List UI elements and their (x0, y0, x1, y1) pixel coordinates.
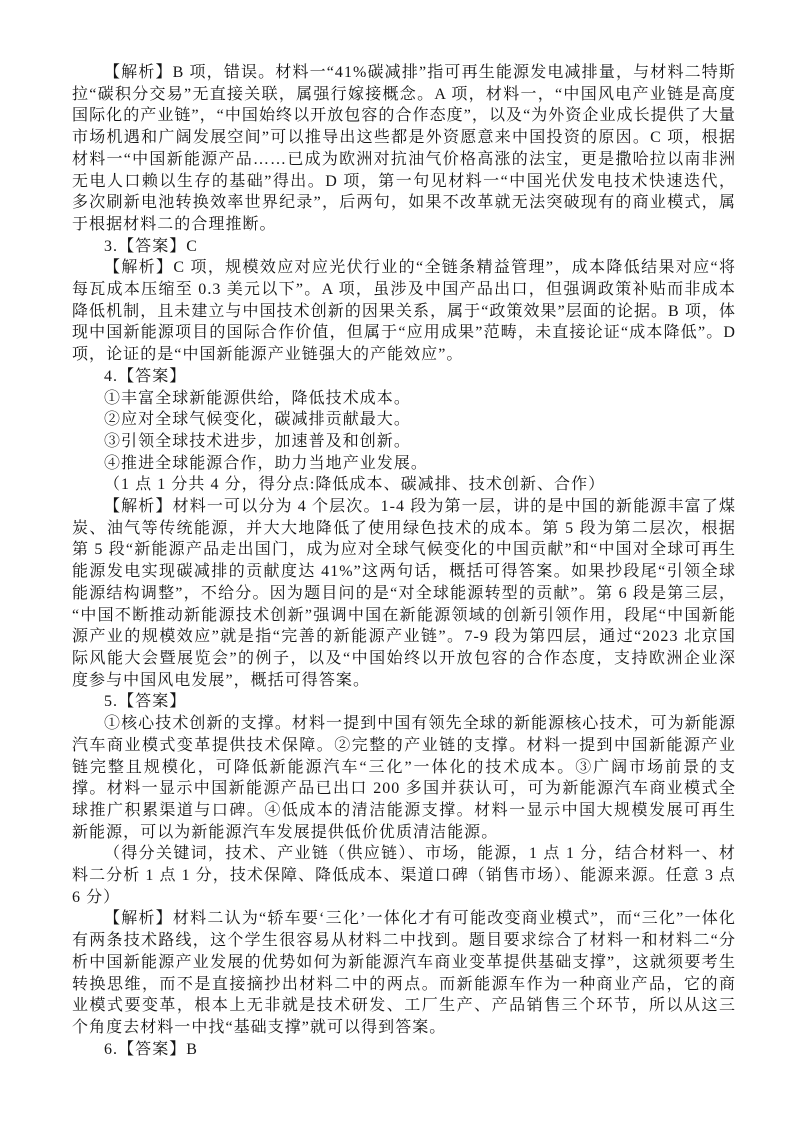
document-page: 【解析】B 项，错误。材料一“41%碳减排”指可再生能源发电减排量，与材料二特斯… (0, 0, 800, 1131)
answer-key-text-block: 【解析】B 项，错误。材料一“41%碳减排”指可再生能源发电减排量，与材料二特斯… (72, 62, 736, 1060)
answer-question-4-point-1: ①丰富全球新能源供给，降低技术成本。 (72, 388, 736, 410)
answer-question-4-point-2: ②应对全球气候变化，碳减排贡献最大。 (72, 409, 736, 431)
answer-question-5-heading: 5.【答案】 (72, 691, 736, 713)
answer-question-5-body: ①核心技术创新的支撑。材料一提到中国有领先全球的新能源核心技术，可为新能源汽车商… (72, 713, 736, 843)
analysis-question-3: 【解析】C 项，规模效应对应光伏行业的“全链条精益管理”，成本降低结果对应“将每… (72, 257, 736, 366)
answer-question-3: 3.【答案】C (72, 236, 736, 258)
answer-question-4-point-3: ③引领全球技术进步，加速普及和创新。 (72, 431, 736, 453)
analysis-question-2: 【解析】B 项，错误。材料一“41%碳减排”指可再生能源发电减排量，与材料二特斯… (72, 62, 736, 236)
analysis-question-5: 【解析】材料二认为“轿车要‘三化’一体化才有可能改变商业模式”，而“三化”一体化… (72, 908, 736, 1038)
answer-question-6: 6.【答案】B (72, 1039, 736, 1061)
analysis-question-4: 【解析】材料一可以分为 4 个层次。1-4 段为第一层，讲的是中国的新能源丰富了… (72, 496, 736, 691)
scoring-note-question-4: （1 点 1 分共 4 分，得分点:降低成本、碳减排、技术创新、合作） (72, 474, 736, 496)
answer-question-4-point-4: ④推进全球能源合作，助力当地产业发展。 (72, 453, 736, 475)
scoring-note-question-5: （得分关键词，技术、产业链（供应链）、市场，能源，1 点 1 分，结合材料一、材… (72, 843, 736, 908)
answer-question-4-heading: 4.【答案】 (72, 366, 736, 388)
